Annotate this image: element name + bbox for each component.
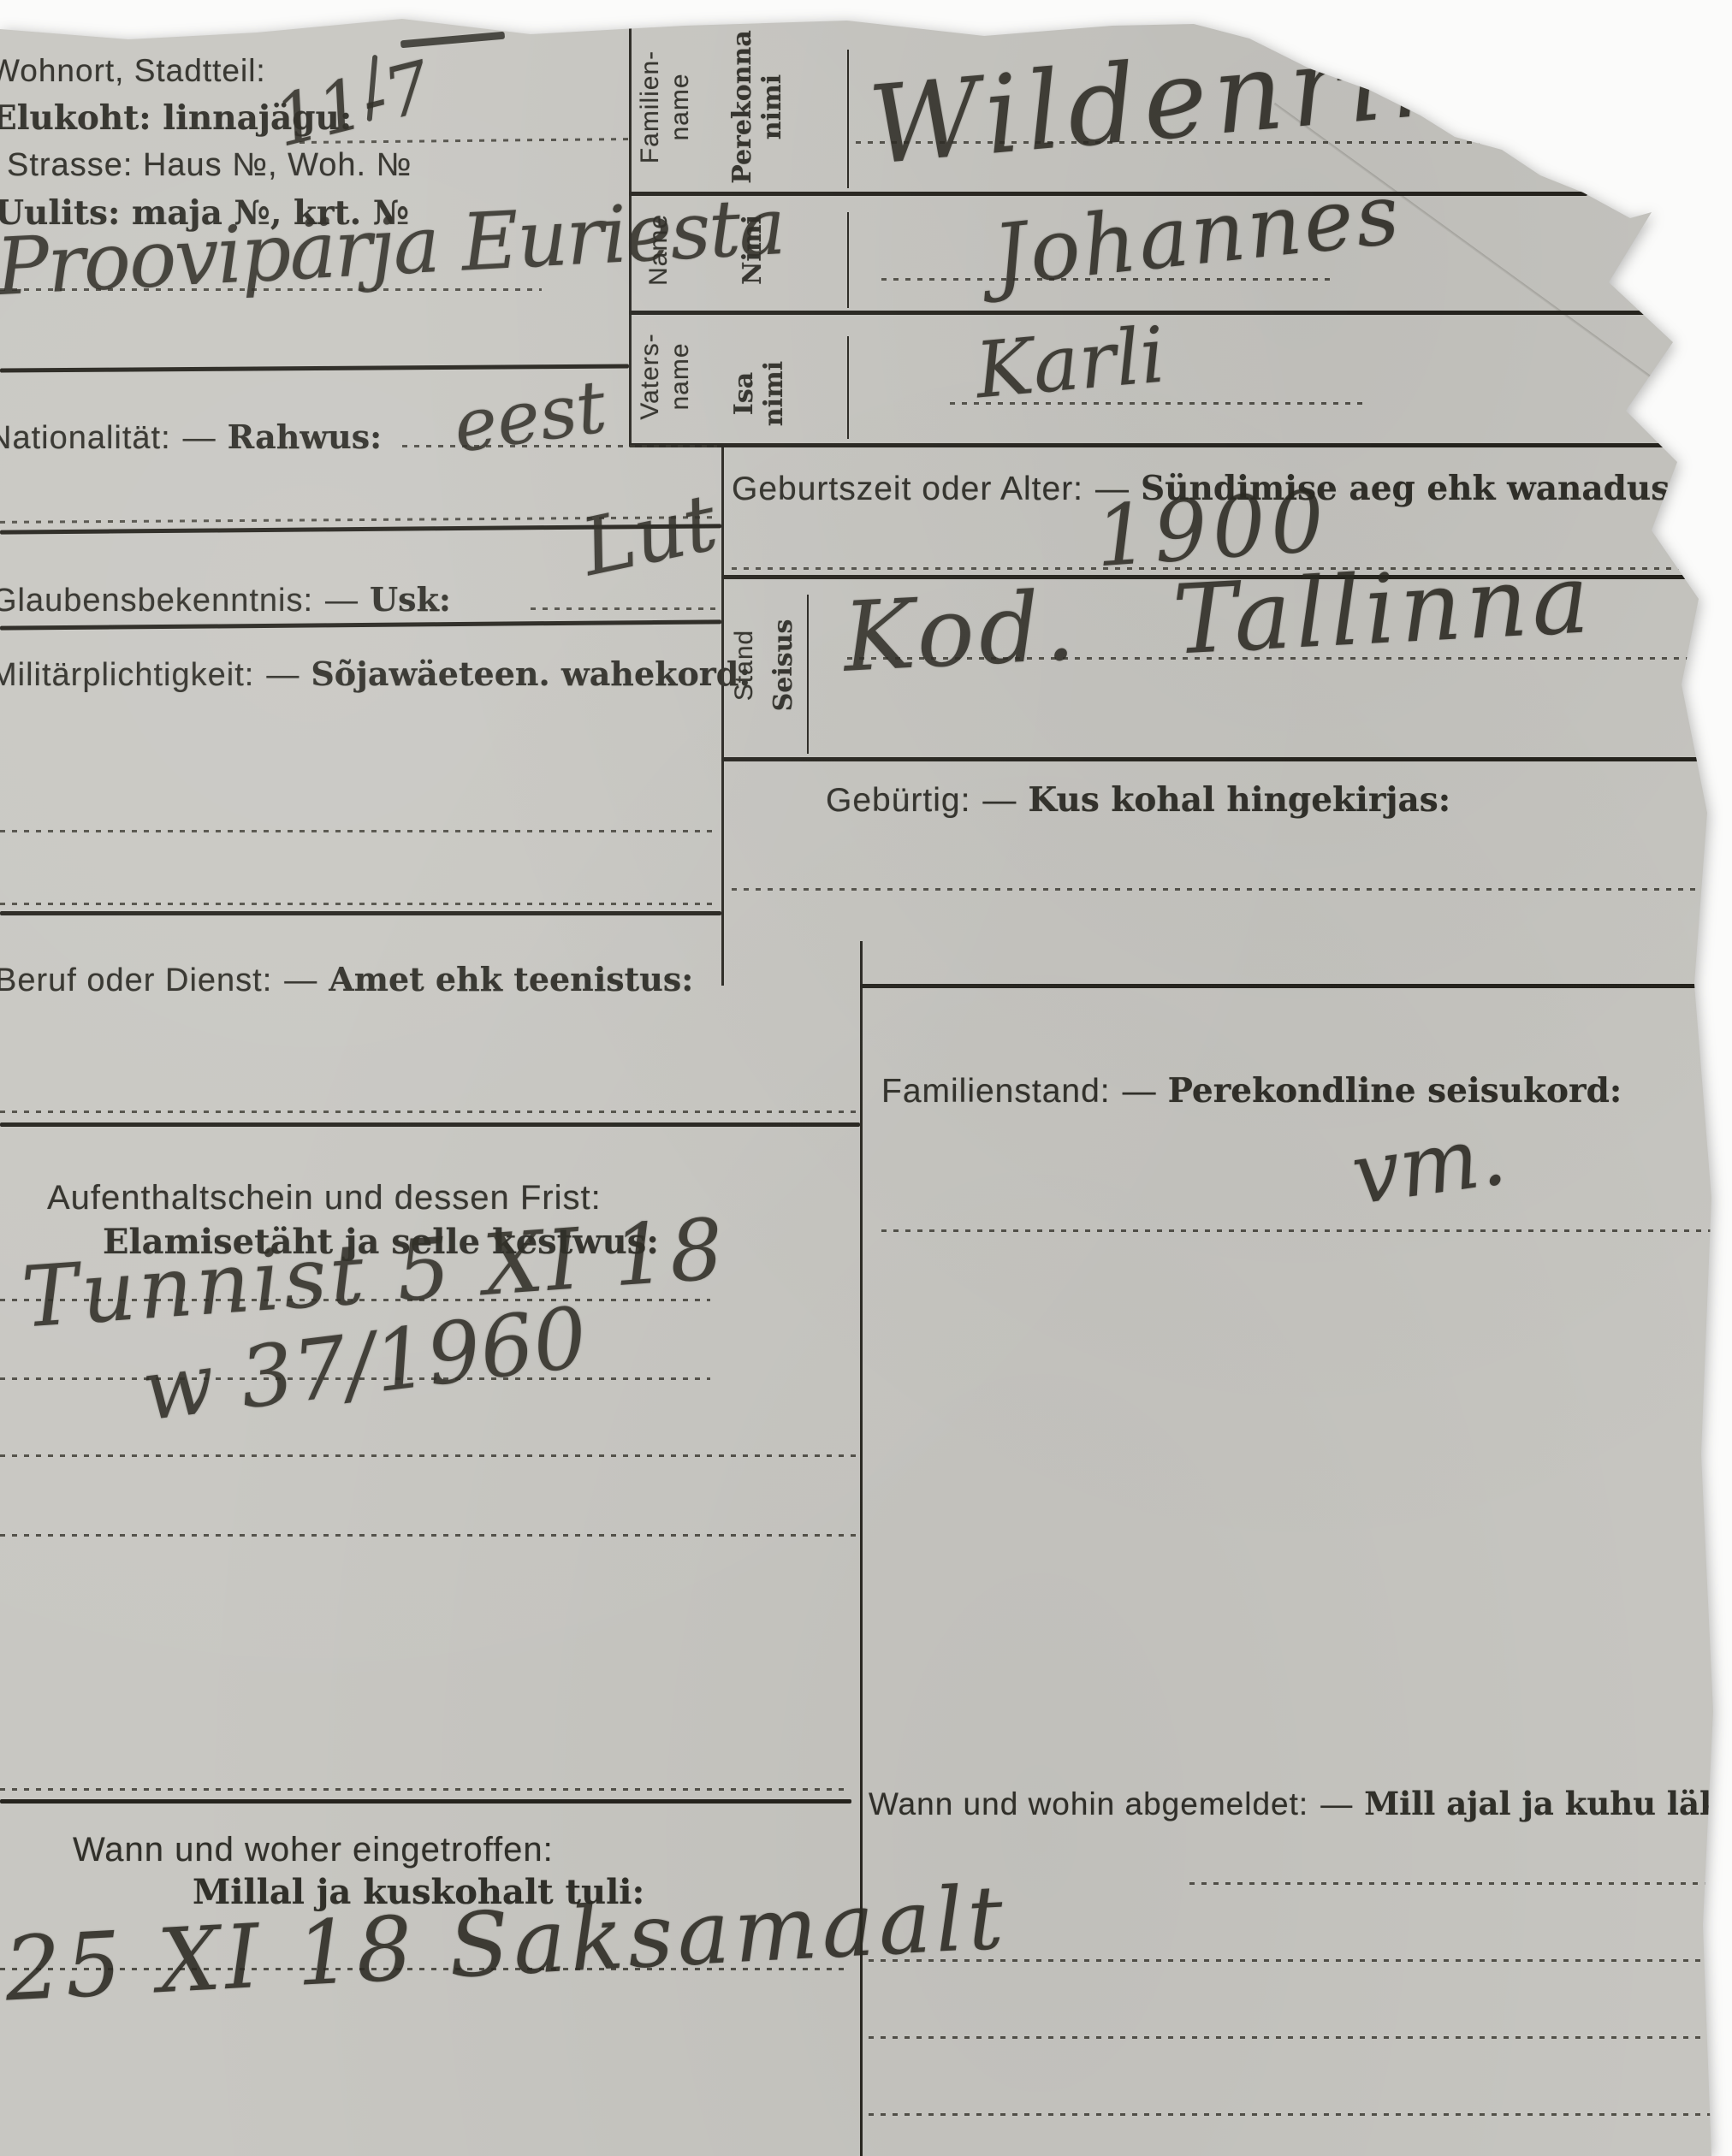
dotted-line <box>0 1788 847 1791</box>
handwriting-house-number: 11-7 <box>266 46 439 163</box>
label-separator: — <box>982 782 1016 819</box>
label-fathersname-et: Isa nimi <box>729 351 789 436</box>
label-separator: — <box>1320 1786 1352 1821</box>
label-family-status-de: Familienstand: <box>881 1073 1111 1110</box>
dotted-line <box>869 2113 1716 2116</box>
registration-card-scan: Wohnort, Stadtteil: Elukoht: linnajägu: … <box>0 0 1732 2156</box>
label-separator: — <box>266 657 299 693</box>
dotted-line <box>0 1111 856 1113</box>
label-family-status-et: Perekondline seisukord: <box>1168 1071 1622 1111</box>
label-religion-et: Usk: <box>370 580 451 619</box>
label-military-de: Militärplichtigkeit: <box>0 657 254 693</box>
label-arrival-de: Wann und woher eingetroffen: <box>73 1831 554 1869</box>
label-permit-de: Aufenthaltschein und dessen Frist: <box>47 1179 602 1217</box>
section-rule <box>0 1122 860 1127</box>
label-occupation-et: Amet ehk teenistus: <box>329 960 693 998</box>
section-rule <box>0 364 629 372</box>
label-military: Militärplichtigkeit:—Sõjawäeteen. waheko… <box>0 654 750 694</box>
handwriting-family-status: vm. <box>1346 1106 1512 1224</box>
label-departure-et: Mill ajal ja kuhu läks: <box>1364 1785 1732 1822</box>
label-departure: Wann und wohin abgemeldet:—Mill ajal ja … <box>869 1785 1732 1823</box>
label-religion-de: Glaubensbekenntnis: <box>0 583 313 619</box>
label-separator: — <box>325 583 358 619</box>
label-surname-et: Perekonna nimi <box>727 26 787 188</box>
dotted-line <box>732 888 1711 891</box>
label-departure-de: Wann und wohin abgemeldet: <box>869 1786 1308 1821</box>
section-rule <box>0 911 721 915</box>
column-divider-upper <box>721 443 724 986</box>
label-nationality-et: Rahwus: <box>228 418 382 456</box>
handwriting-firstname: Johannes <box>988 165 1406 305</box>
label-family-status: Familienstand:—Perekondline seisukord: <box>881 1071 1622 1111</box>
handwriting-status: Kod. Tallinna <box>840 543 1596 694</box>
label-separator: — <box>284 962 317 998</box>
label-surname-de: Familien-name <box>635 26 695 188</box>
label-military-et: Sõjawäeteen. wahekord: <box>311 654 750 693</box>
label-nationality: Nationalität:—Rahwus: <box>0 418 382 457</box>
label-separator: — <box>1123 1073 1156 1110</box>
status-row-bottom-rule <box>721 757 1714 761</box>
paper-sheet-wrap: Wohnort, Stadtteil: Elukoht: linnajägu: … <box>0 0 1732 2156</box>
stray-pen-stroke <box>400 32 505 49</box>
label-registered-et: Kus kohal hingekirjas: <box>1028 780 1450 820</box>
registered-row-bottom-rule <box>860 984 1716 988</box>
dotted-line <box>0 830 719 832</box>
label-nationality-de: Nationalität: <box>0 420 171 456</box>
handwriting-fathersname: Karli <box>972 311 1169 417</box>
label-registered-de: Gebürtig: <box>826 782 970 819</box>
dotted-line <box>0 1534 856 1537</box>
dotted-line <box>1189 1882 1720 1885</box>
paper-sheet: Wohnort, Stadtteil: Elukoht: linnajägu: … <box>0 0 1732 2156</box>
section-rule <box>0 1799 851 1804</box>
section-rule <box>0 619 721 630</box>
dotted-line <box>869 2036 1716 2039</box>
handwriting-nationality: eest <box>448 364 611 470</box>
status-box-inner-rule <box>807 595 809 754</box>
label-wohnort-stadtteil: Wohnort, Stadtteil: <box>0 53 266 89</box>
dotted-line <box>0 1454 856 1457</box>
firstname-box-inner-rule <box>847 212 849 308</box>
label-occupation: Beruf oder Dienst:—Amet ehk teenistus: <box>0 960 693 999</box>
handwriting-surname: Wildenrink <box>864 5 1542 189</box>
label-status-de: Stand <box>729 577 759 753</box>
surname-box-inner-rule <box>847 50 849 188</box>
dotted-line <box>0 903 719 905</box>
fathersname-box-bottom-rule <box>629 443 1711 447</box>
label-birth-de: Geburtszeit oder Alter: <box>732 471 1083 507</box>
label-occupation-de: Beruf oder Dienst: <box>0 962 272 998</box>
fathersname-box-inner-rule <box>847 336 849 439</box>
dotted-line <box>881 1229 1711 1232</box>
label-status-et: Seisus <box>768 577 798 753</box>
label-fathersname-de: Vaters-name <box>635 313 695 440</box>
label-religion: Glaubensbekenntnis:—Usk: <box>0 580 451 619</box>
label-registered: Gebürtig:—Kus kohal hingekirjas: <box>826 780 1450 820</box>
label-separator: — <box>183 420 216 456</box>
firstname-box-bottom-rule <box>629 311 1711 315</box>
label-strasse-haus-no: Strasse: Haus №, Woh. № <box>7 147 412 184</box>
dotted-line <box>531 607 719 610</box>
handwriting-religion: Lut <box>574 477 725 594</box>
